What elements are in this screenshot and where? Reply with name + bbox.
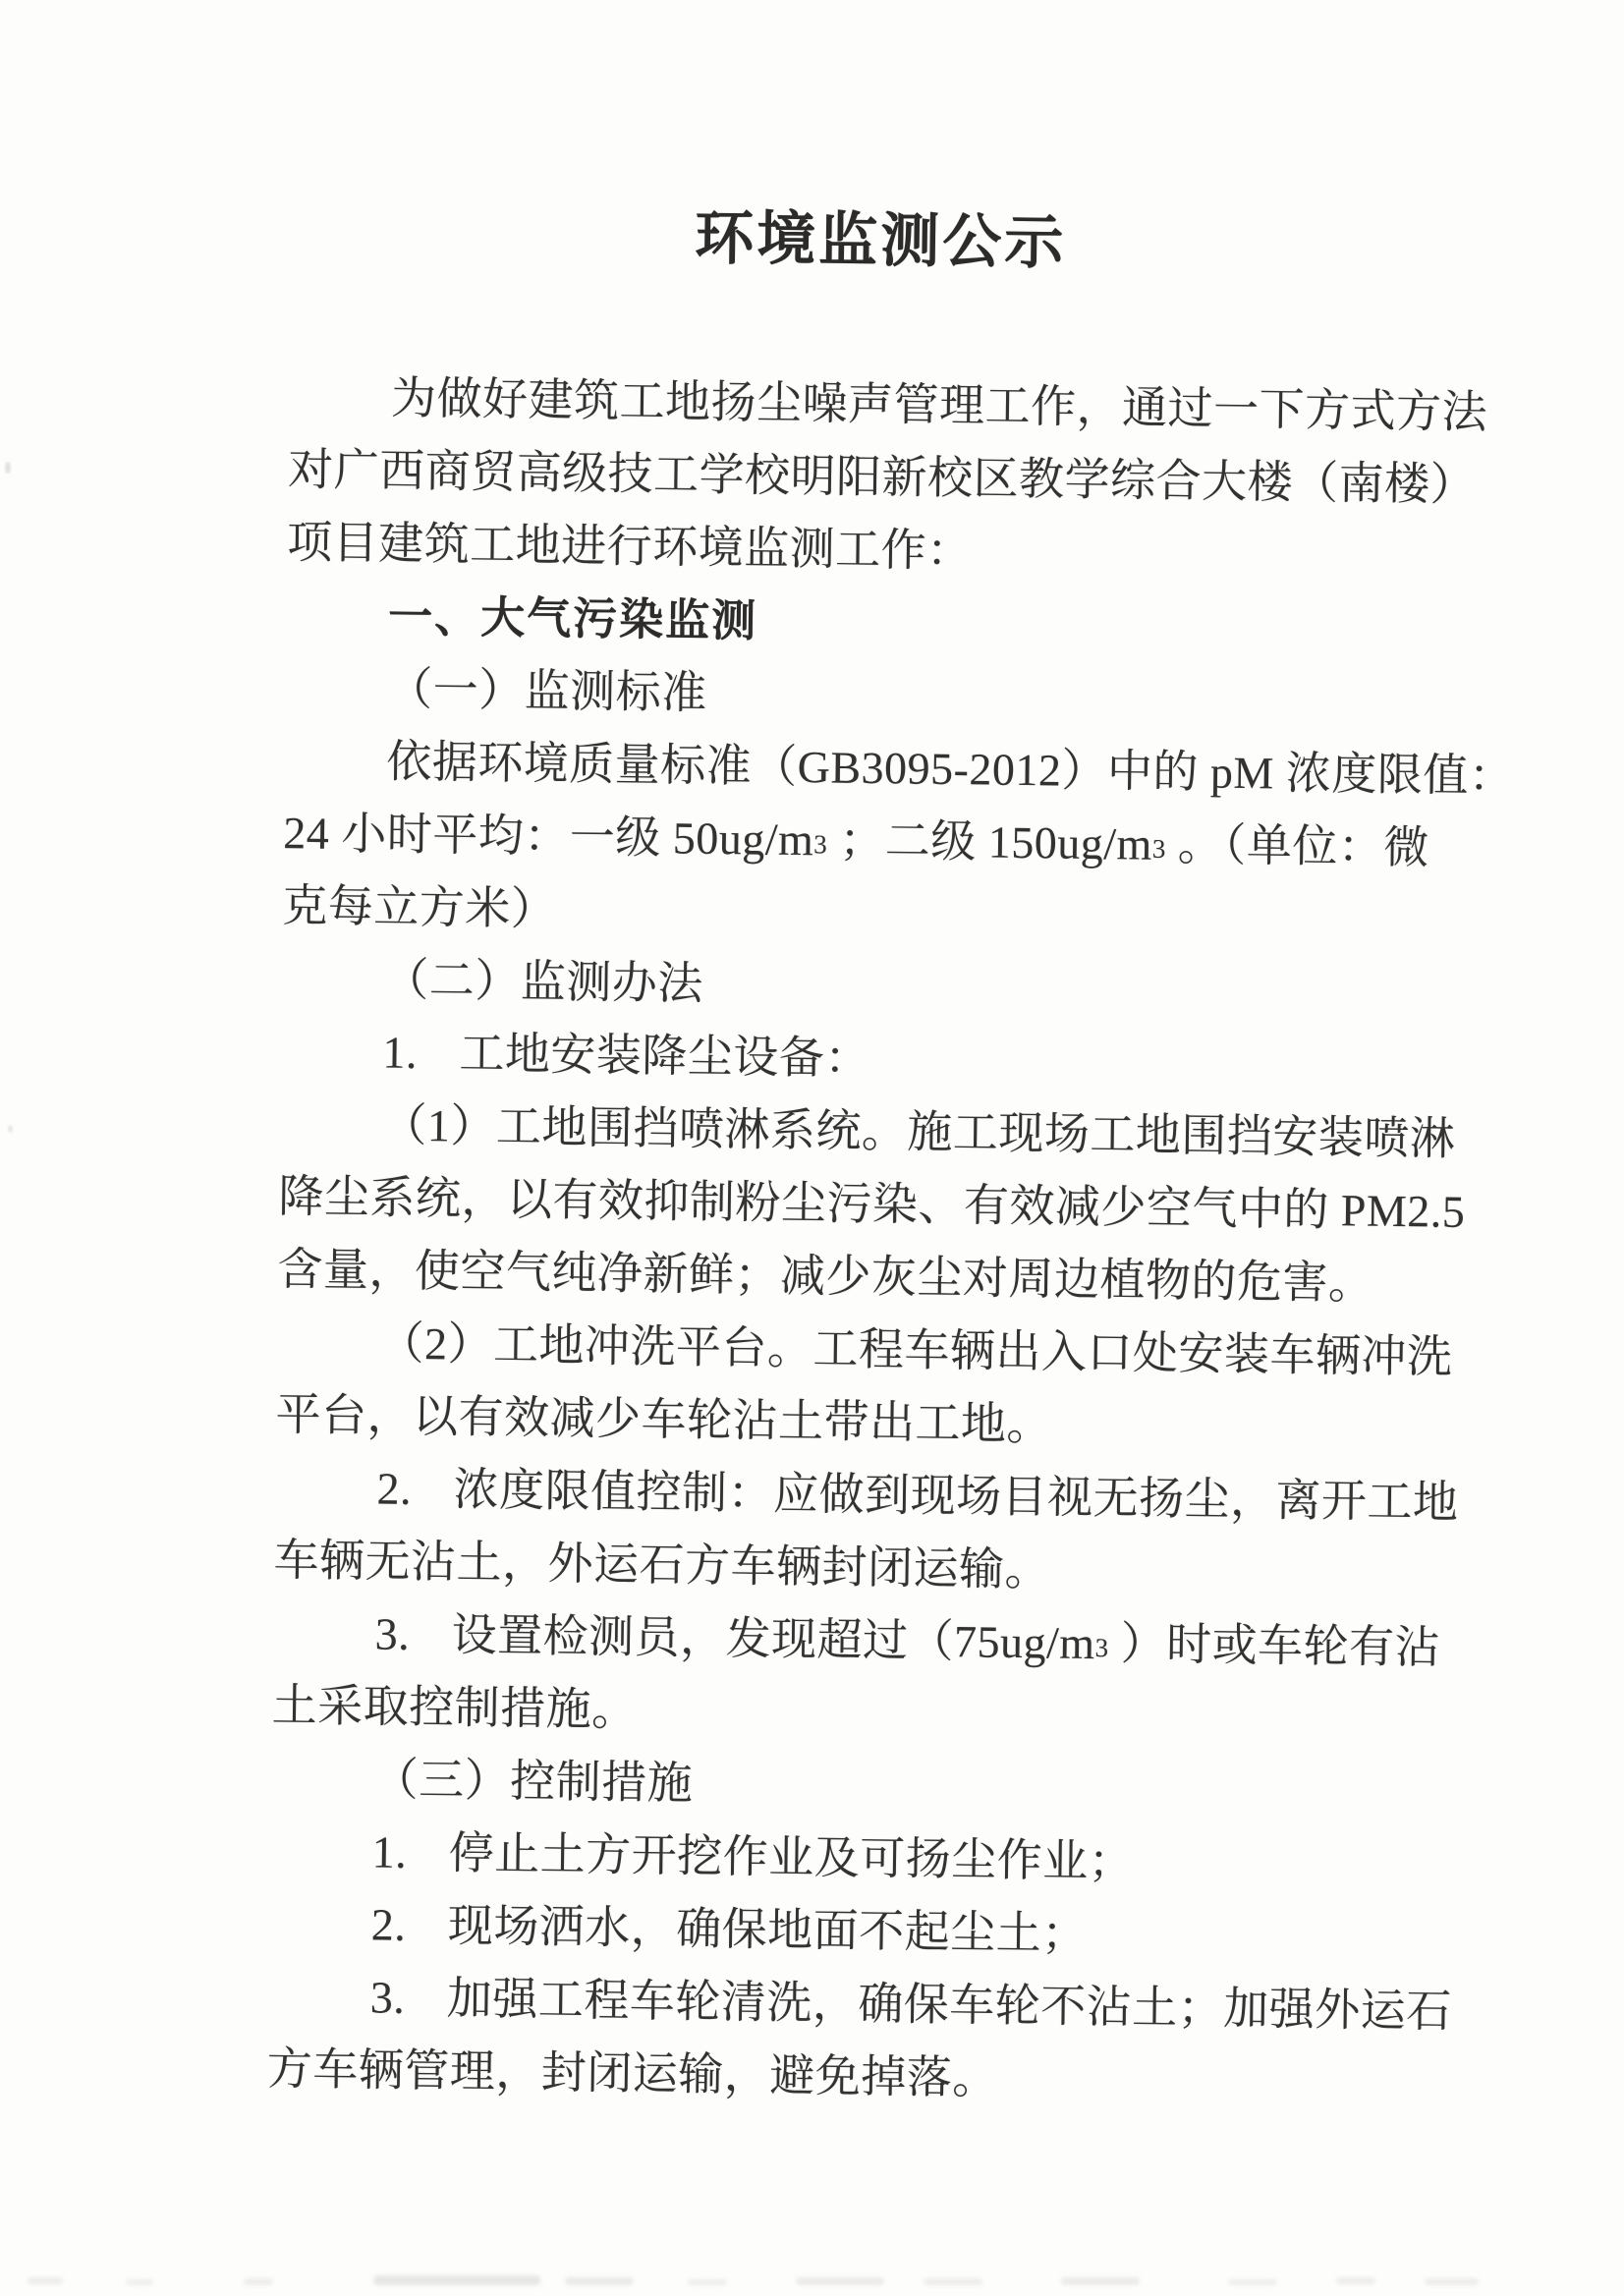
standard-text-segment: 24 小时平均：一级 50ug/m: [283, 808, 814, 865]
scan-artifact: [1425, 2278, 1479, 2285]
scan-artifact: [244, 2278, 273, 2285]
method-item-text: 设置检测员，发现超过（75ug/m: [451, 1609, 1095, 1668]
cubic-meter-subscript: 3: [1094, 1633, 1108, 1662]
method-item-text: 工地安装降尘设备：: [459, 1029, 870, 1084]
scan-artifact: [1228, 2279, 1277, 2285]
scan-artifact: [1336, 2277, 1375, 2284]
standard-text-segment: ；二级 150ug/m: [827, 814, 1152, 868]
cubic-meter-subscript: 3: [1152, 834, 1166, 864]
scan-artifact: [688, 2279, 727, 2285]
document-content: 环境监测公示 为做好建筑工地扬尘噪声管理工作，通过一下方式方法 对广西商贸高级技…: [266, 194, 1470, 2121]
scan-artifact: [1061, 2277, 1140, 2285]
list-number: 1.: [371, 1816, 449, 1889]
scanned-document-page: 环境监测公示 为做好建筑工地扬尘噪声管理工作，通过一下方式方法 对广西商贸高级技…: [0, 0, 1624, 2296]
scan-artifact: [565, 2277, 634, 2285]
scan-artifact: [796, 2277, 884, 2285]
control-item-text: 加强工程车轮清洗，确保车轮不沾土；加强外运石: [446, 1973, 1452, 2036]
scan-artifact: [126, 2279, 153, 2285]
cubic-meter-subscript: 3: [813, 829, 827, 859]
document-title: 环境监测公示: [291, 194, 1471, 288]
list-number: 1.: [382, 1017, 460, 1091]
scan-artifact: [28, 2277, 63, 2284]
method-item-text: ）时或车轮有沾: [1108, 1618, 1440, 1672]
control-item-text: 现场洒水，确保地面不起尘土；: [447, 1900, 1088, 1959]
scan-speck: [8, 1125, 13, 1133]
list-number: 3.: [369, 1961, 447, 2035]
list-number: 2.: [376, 1452, 454, 1526]
scan-speck: [5, 462, 11, 474]
list-number: 2.: [370, 1888, 448, 1962]
list-number: 3.: [374, 1597, 452, 1671]
scan-artifact: [373, 2275, 540, 2285]
standard-text-segment: 。（单位：微: [1166, 819, 1430, 873]
control-item-3-cont: 方车辆管理，封闭运输，避免掉落。: [266, 2033, 1446, 2121]
method-item-text: 浓度限值控制：应做到现场目视无扬尘，离开工地: [453, 1464, 1459, 1527]
control-item-text: 停止土方开挖作业及可扬尘作业；: [448, 1827, 1134, 1886]
scan-artifact: [924, 2278, 982, 2285]
